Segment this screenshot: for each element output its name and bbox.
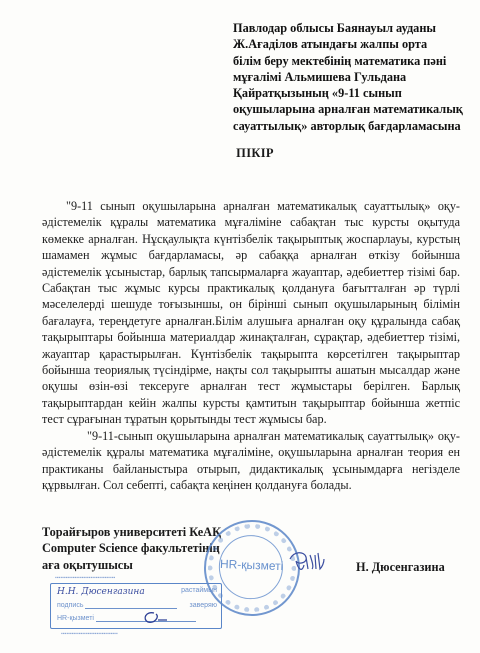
- addressee-line: Қайратқызының «9-11 сынып: [233, 85, 478, 101]
- stamp-hr-label: HR-қызметі: [57, 615, 94, 622]
- addressee-line: мұғалімі Альмишева Гульдана: [233, 69, 478, 85]
- signer-line: аға оқытушысы: [42, 557, 221, 573]
- stamp-row-name: Н.Н. Дюсенгазина растаймын: [57, 587, 217, 597]
- document-title: ПІКІР: [0, 146, 480, 161]
- author-signature: [286, 549, 326, 575]
- signer-name: Н. Дюсенгазина: [356, 560, 445, 575]
- addressee-line: білім беру мектебінің математика пәні: [233, 53, 478, 69]
- stamp-header-text: ▪▪▪▪▪▪▪▪▪▪▪▪▪▪▪▪▪▪▪▪▪▪▪▪▪▪▪▪▪▪▪▪▪▪: [55, 575, 115, 581]
- addressee-line: сауаттылық» авторлық бағдарламасына: [233, 118, 478, 134]
- stamp-row-hr: HR-қызметі: [57, 615, 217, 622]
- addressee-block: Павлодар облысы Баянауыл ауданы Ж.Ағаділ…: [233, 20, 478, 134]
- signer-line: Computer Science факультетінің: [42, 540, 221, 556]
- addressee-line: оқушыларына арналған математикалық: [233, 101, 478, 117]
- review-body: "9-11 сынып оқушыларына арналған математ…: [42, 198, 460, 493]
- stamp-row-signature: подпись заверяю: [57, 602, 217, 609]
- signer-line: Торайғыров университеті КеАҚ: [42, 524, 221, 540]
- body-paragraph-2: "9-11-сынып оқушыларына арналған математ…: [42, 428, 460, 494]
- handwritten-name: Н.Н. Дюсенгазина: [57, 587, 145, 597]
- stamp-footer-text: ▪▪▪▪▪▪▪▪▪▪▪▪▪▪▪▪▪▪▪▪▪▪▪▪▪▪▪▪▪▪▪▪: [61, 631, 118, 637]
- certification-stamp: ▪▪▪▪▪▪▪▪▪▪▪▪▪▪▪▪▪▪▪▪▪▪▪▪▪▪▪▪▪▪▪▪▪▪ Н.Н. …: [50, 583, 222, 629]
- addressee-line: Павлодар облысы Баянауыл ауданы: [233, 20, 478, 36]
- stamp-certify-label: заверяю: [190, 602, 218, 609]
- review-document-page: Павлодар облысы Баянауыл ауданы Ж.Ағаділ…: [0, 0, 480, 653]
- signer-block: Торайғыров университеті КеАҚ Computer Sc…: [42, 524, 221, 573]
- hr-signature-scribble: [140, 609, 170, 625]
- body-paragraph-1: "9-11 сынып оқушыларына арналған математ…: [42, 198, 460, 428]
- addressee-line: Ж.Ағаділов атындағы жалпы орта: [233, 36, 478, 52]
- signature-line: [85, 602, 177, 609]
- stamp-signature-label: подпись: [57, 602, 83, 609]
